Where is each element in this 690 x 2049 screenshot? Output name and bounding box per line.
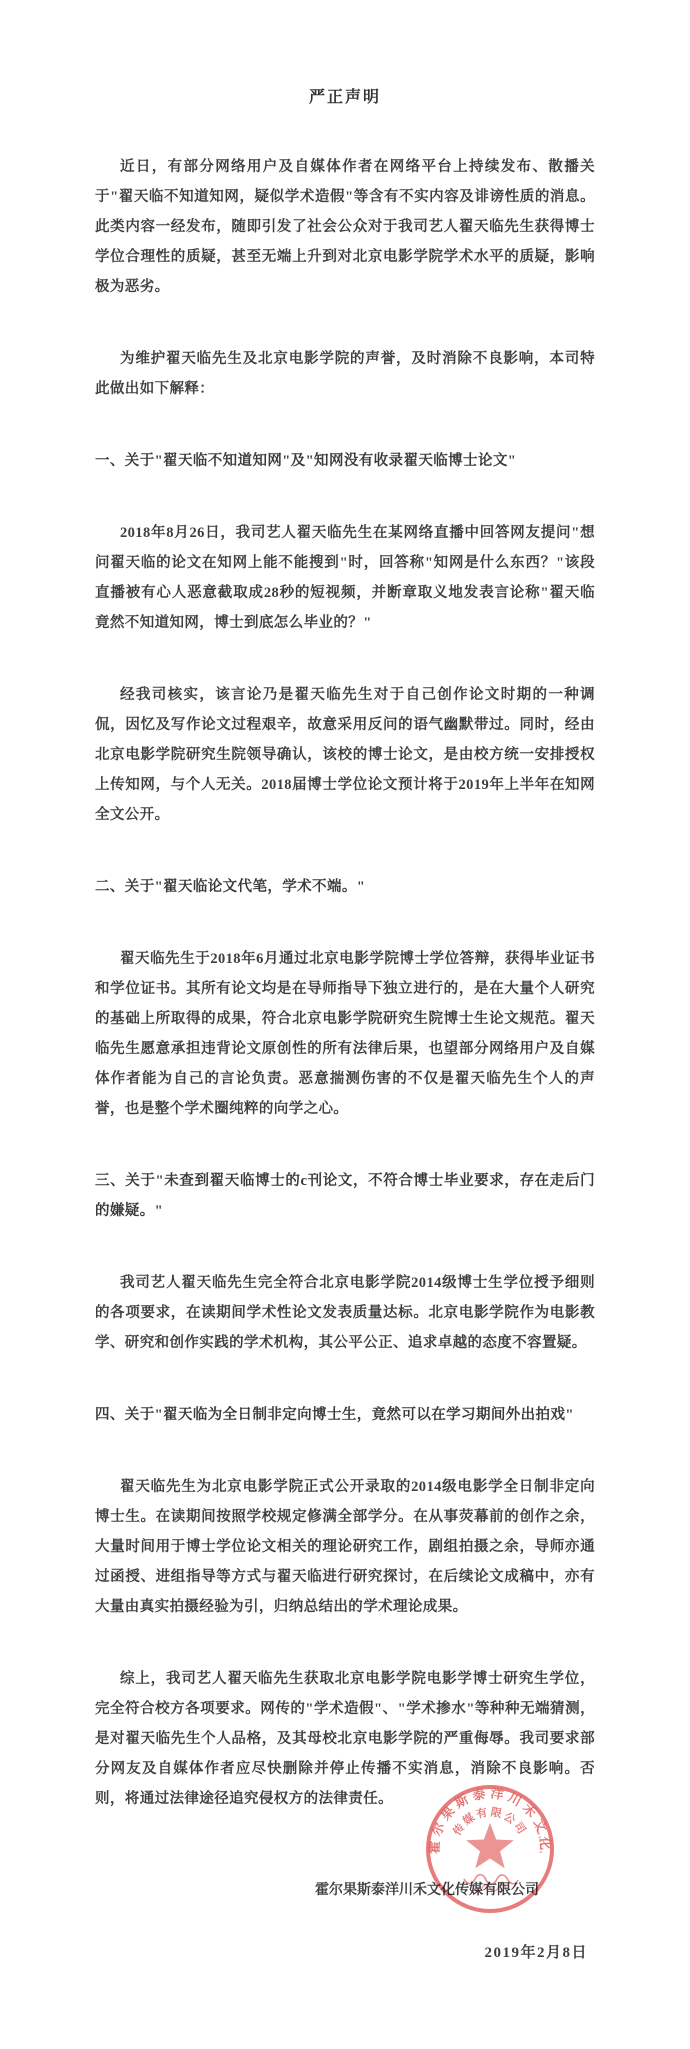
section-heading: 三、关于"未查到翟天临博士的c刊论文，不符合博士毕业要求，存在走后门的嫌疑。" <box>95 1166 595 1226</box>
document-date: 2019年2月8日 <box>484 1941 588 1962</box>
document-title: 严正声明 <box>0 0 690 110</box>
body-paragraph: 2018年8月26日，我司艺人翟天临先生在某网络直播中回答网友提问"想问翟天临的… <box>95 518 595 638</box>
body-paragraph: 我司艺人翟天临先生完全符合北京电影学院2014级博士生学位授予细则的各项要求，在… <box>95 1268 595 1358</box>
seal-star-icon <box>466 1823 514 1868</box>
statement-document-page: 严正声明 近日，有部分网络用户及自媒体作者在网络平台上持续发布、散播关于"翟天临… <box>0 0 690 2049</box>
body-paragraph: 为维护翟天临先生及北京电影学院的声誉，及时消除不良影响，本司特此做出如下解释： <box>95 344 595 404</box>
section-heading: 四、关于"翟天临为全日制非定向博士生，竟然可以在学习期间外出拍戏" <box>95 1400 595 1430</box>
body-paragraph: 近日，有部分网络用户及自媒体作者在网络平台上持续发布、散播关于"翟天临不知道知网… <box>95 152 595 302</box>
section-heading: 一、关于"翟天临不知道知网"及"知网没有收录翟天临博士论文" <box>95 446 595 476</box>
document-body: 近日，有部分网络用户及自媒体作者在网络平台上持续发布、散播关于"翟天临不知道知网… <box>0 152 690 1814</box>
body-paragraph: 经我司核实，该言论乃是翟天临先生对于自己创作论文时期的一种调侃，因忆及写作论文过… <box>95 680 595 830</box>
seal-uyghur-script <box>474 1885 506 1891</box>
section-heading: 二、关于"翟天临论文代笔，学术不端。" <box>95 872 595 902</box>
body-paragraph: 翟天临先生为北京电影学院正式公开录取的2014级电影学全日制非定向博士生。在读期… <box>95 1472 595 1622</box>
seal-uyghur-script <box>464 1875 518 1884</box>
company-seal: 霍尔果斯泰洋川禾文化 传媒有限公司 <box>422 1781 558 1917</box>
body-paragraph: 翟天临先生于2018年6月通过北京电影学院博士学位答辩，获得毕业证书和学位证书。… <box>95 944 595 1124</box>
